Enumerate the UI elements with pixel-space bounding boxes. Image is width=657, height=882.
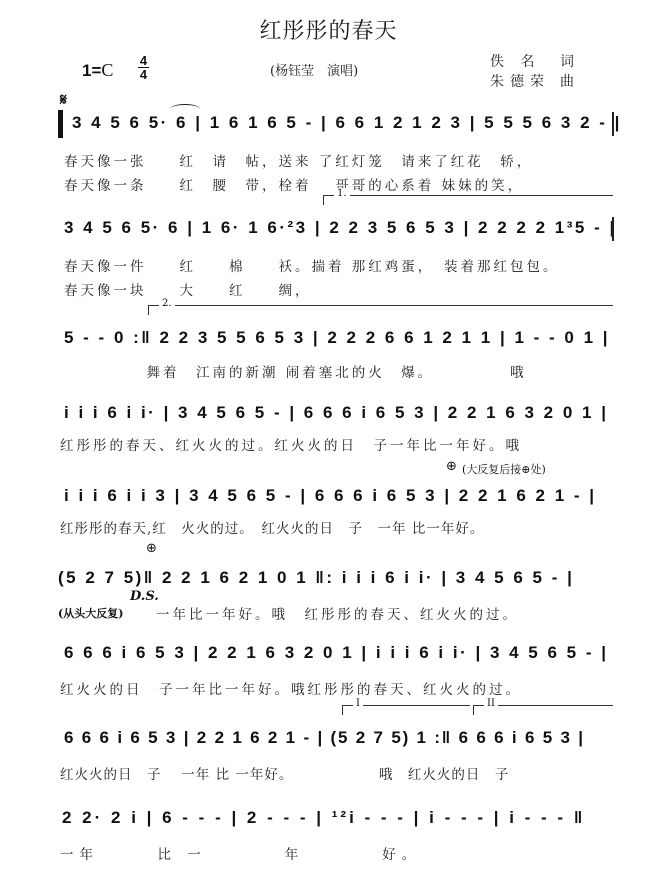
notes-line: 5 - - 0 :‖ 2 2 3 5 5 6 5 3 | 2 2 2 6 6 1… xyxy=(64,325,624,351)
second-ending-bracket: 2. xyxy=(148,305,613,315)
key-signature: 1=C xyxy=(82,60,113,81)
first-ending-bracket: 1. xyxy=(323,195,613,205)
lyrics-line: 一年 比 一 年 好。 xyxy=(60,843,421,863)
lyrics-verse-2: 春天像一块 大 红 绸， xyxy=(64,279,312,299)
time-numerator: 4 xyxy=(138,54,149,67)
second-ending-bracket: II xyxy=(473,705,613,715)
lyricist-role: 词 xyxy=(560,52,574,72)
composer-credit: 朱德荣 曲 xyxy=(490,72,574,92)
notes-line: 2 2· 2 i | 6 - - - | 2 - - - | ¹²i - - -… xyxy=(62,805,622,831)
lyrics-line: 红火火的日 子一年比一年好。哦红彤彤的春天、红火火的过。 xyxy=(60,678,522,698)
notes-line: (5 2 7 5)‖ 2 2 1 6 2 1 0 1 ‖: i i i 6 i … xyxy=(58,565,618,591)
composer-role: 曲 xyxy=(560,72,574,92)
key-letter: C xyxy=(101,60,113,80)
notes-line: i i i 6 i i· | 3 4 5 6 5 - | 6 6 6 i 6 5… xyxy=(64,400,624,426)
lyrics-line: 红彤彤的春天、红火火的过。红火火的日 子一年比一年好。哦 xyxy=(60,434,522,454)
song-title: 红彤彤的春天 xyxy=(0,14,657,45)
lyrics-line: 舞着 江南的新潮 闹着塞北的火 爆。 哦 xyxy=(64,361,527,381)
lyrics-verse-2: 春天像一条 红 腰 带，栓着 哥哥的心系着 妹妹的笑， xyxy=(64,174,524,194)
repeat-from-start-note: (从头大反复) xyxy=(58,605,123,621)
time-denominator: 4 xyxy=(138,68,149,81)
notes-line: i i i 6 i i 3 | 3 4 5 6 5 - | 6 6 6 i 6 … xyxy=(64,483,624,509)
lyrics-verse-1: 春天像一件 红 棉 袄。揣着 那红鸡蛋， 装着那红包包。 xyxy=(64,255,560,275)
lyricist-credit: 佚 名 词 xyxy=(490,52,574,72)
segno-icon: 𝄋 xyxy=(60,90,67,110)
lyrics-line: 一年比一年好。哦 红彤彤的春天、红火火的过。 xyxy=(156,603,519,623)
performer-credit: (杨钰莹 演唱) xyxy=(270,60,358,79)
lyricist-name: 佚 名 xyxy=(490,52,560,72)
key-equals: = xyxy=(91,61,101,80)
coda-icon: ⊕ xyxy=(146,541,157,556)
notes-line: 6 6 6 i 6 5 3 | 2 2 1 6 2 1 - | (5 2 7 5… xyxy=(64,725,624,751)
first-ending-bracket: I xyxy=(342,705,470,715)
repeat-start-barline xyxy=(58,110,63,138)
coda-instruction: (大反复后接⊕处) xyxy=(462,461,546,477)
coda-icon: ⊕ xyxy=(446,459,457,474)
dal-segno-marking: D.S. xyxy=(130,589,159,604)
barline xyxy=(612,217,614,241)
barline xyxy=(612,112,614,136)
lyrics-verse-1: 春天像一张 红 请 帖，送来 了红灯笼 请来了红花 轿， xyxy=(64,150,533,170)
lyrics-line: 红火火的日 子 一年 比 一年好。 哦 红火火的日 子 xyxy=(60,763,509,783)
notes-line: 3 4 5 6 5· 6 | 1 6 1 6 5 - | 6 6 1 2 1 2… xyxy=(72,110,632,136)
lyrics-line: 红彤彤的春天,红 火火的过。 红火火的日 子 一年 比一年好。 xyxy=(60,517,484,537)
time-signature: 4 4 xyxy=(138,54,149,81)
notes-line: 6 6 6 i 6 5 3 | 2 2 1 6 3 2 0 1 | i i i … xyxy=(64,640,624,666)
credits: 佚 名 词 朱德荣 曲 xyxy=(490,52,574,92)
composer-name: 朱德荣 xyxy=(490,72,560,92)
slur xyxy=(170,104,200,114)
notes-line: 3 4 5 6 5· 6 | 1 6· 1 6·²3 | 2 2 3 5 6 5… xyxy=(64,215,624,241)
